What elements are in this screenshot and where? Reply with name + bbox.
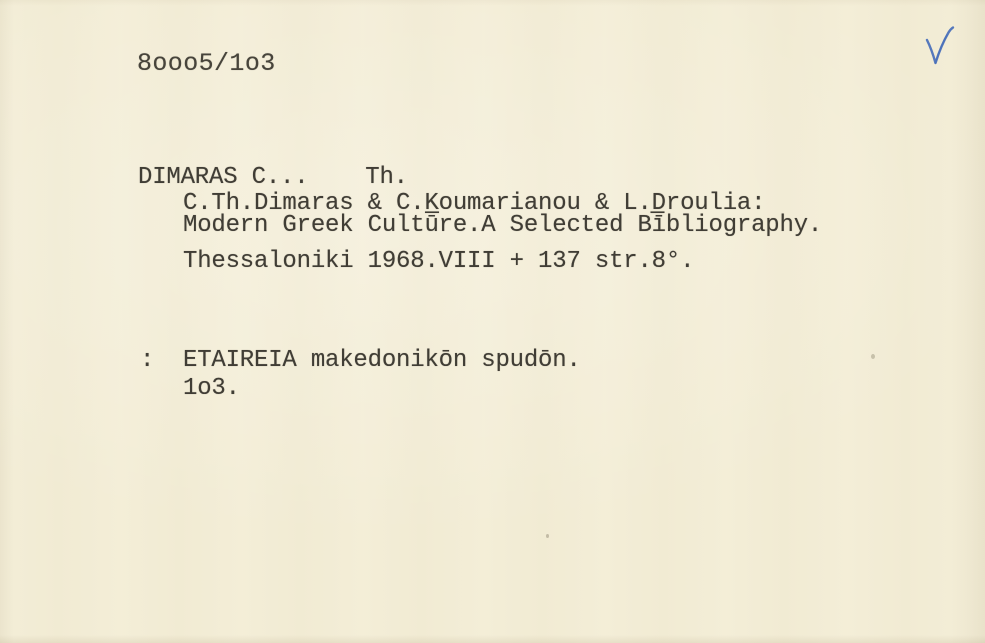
checkmark-icon <box>922 25 958 67</box>
paper-speck <box>871 354 875 359</box>
main-entry-heading: DIMARAS C... Th. <box>138 166 408 190</box>
paper-speck <box>546 534 549 538</box>
series-statement-line: ETAIREIA makedonikōn spudōn. <box>183 349 581 373</box>
entry-title-line: Modern Greek Cultūre.A Selected Bībliogr… <box>183 214 822 238</box>
series-colon: : <box>140 349 154 373</box>
entry-imprint-line: Thessaloniki 1968.VIII + 137 str.8°. <box>183 250 694 274</box>
call-number: 8ooo5/1o3 <box>137 51 276 76</box>
catalog-card: 8ooo5/1o3 DIMARAS C... Th. C.Th.Dimaras … <box>0 0 985 643</box>
series-number-line: 1o3. <box>183 377 240 401</box>
